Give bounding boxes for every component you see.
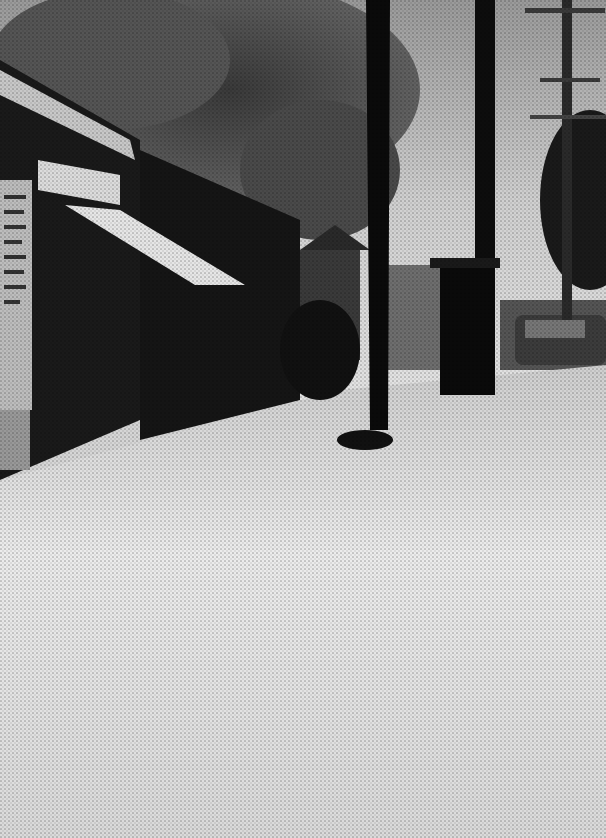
newspaper-photograph: Halftone newspaper photograph of a stree… [0, 0, 606, 838]
photo-canvas [0, 0, 606, 838]
